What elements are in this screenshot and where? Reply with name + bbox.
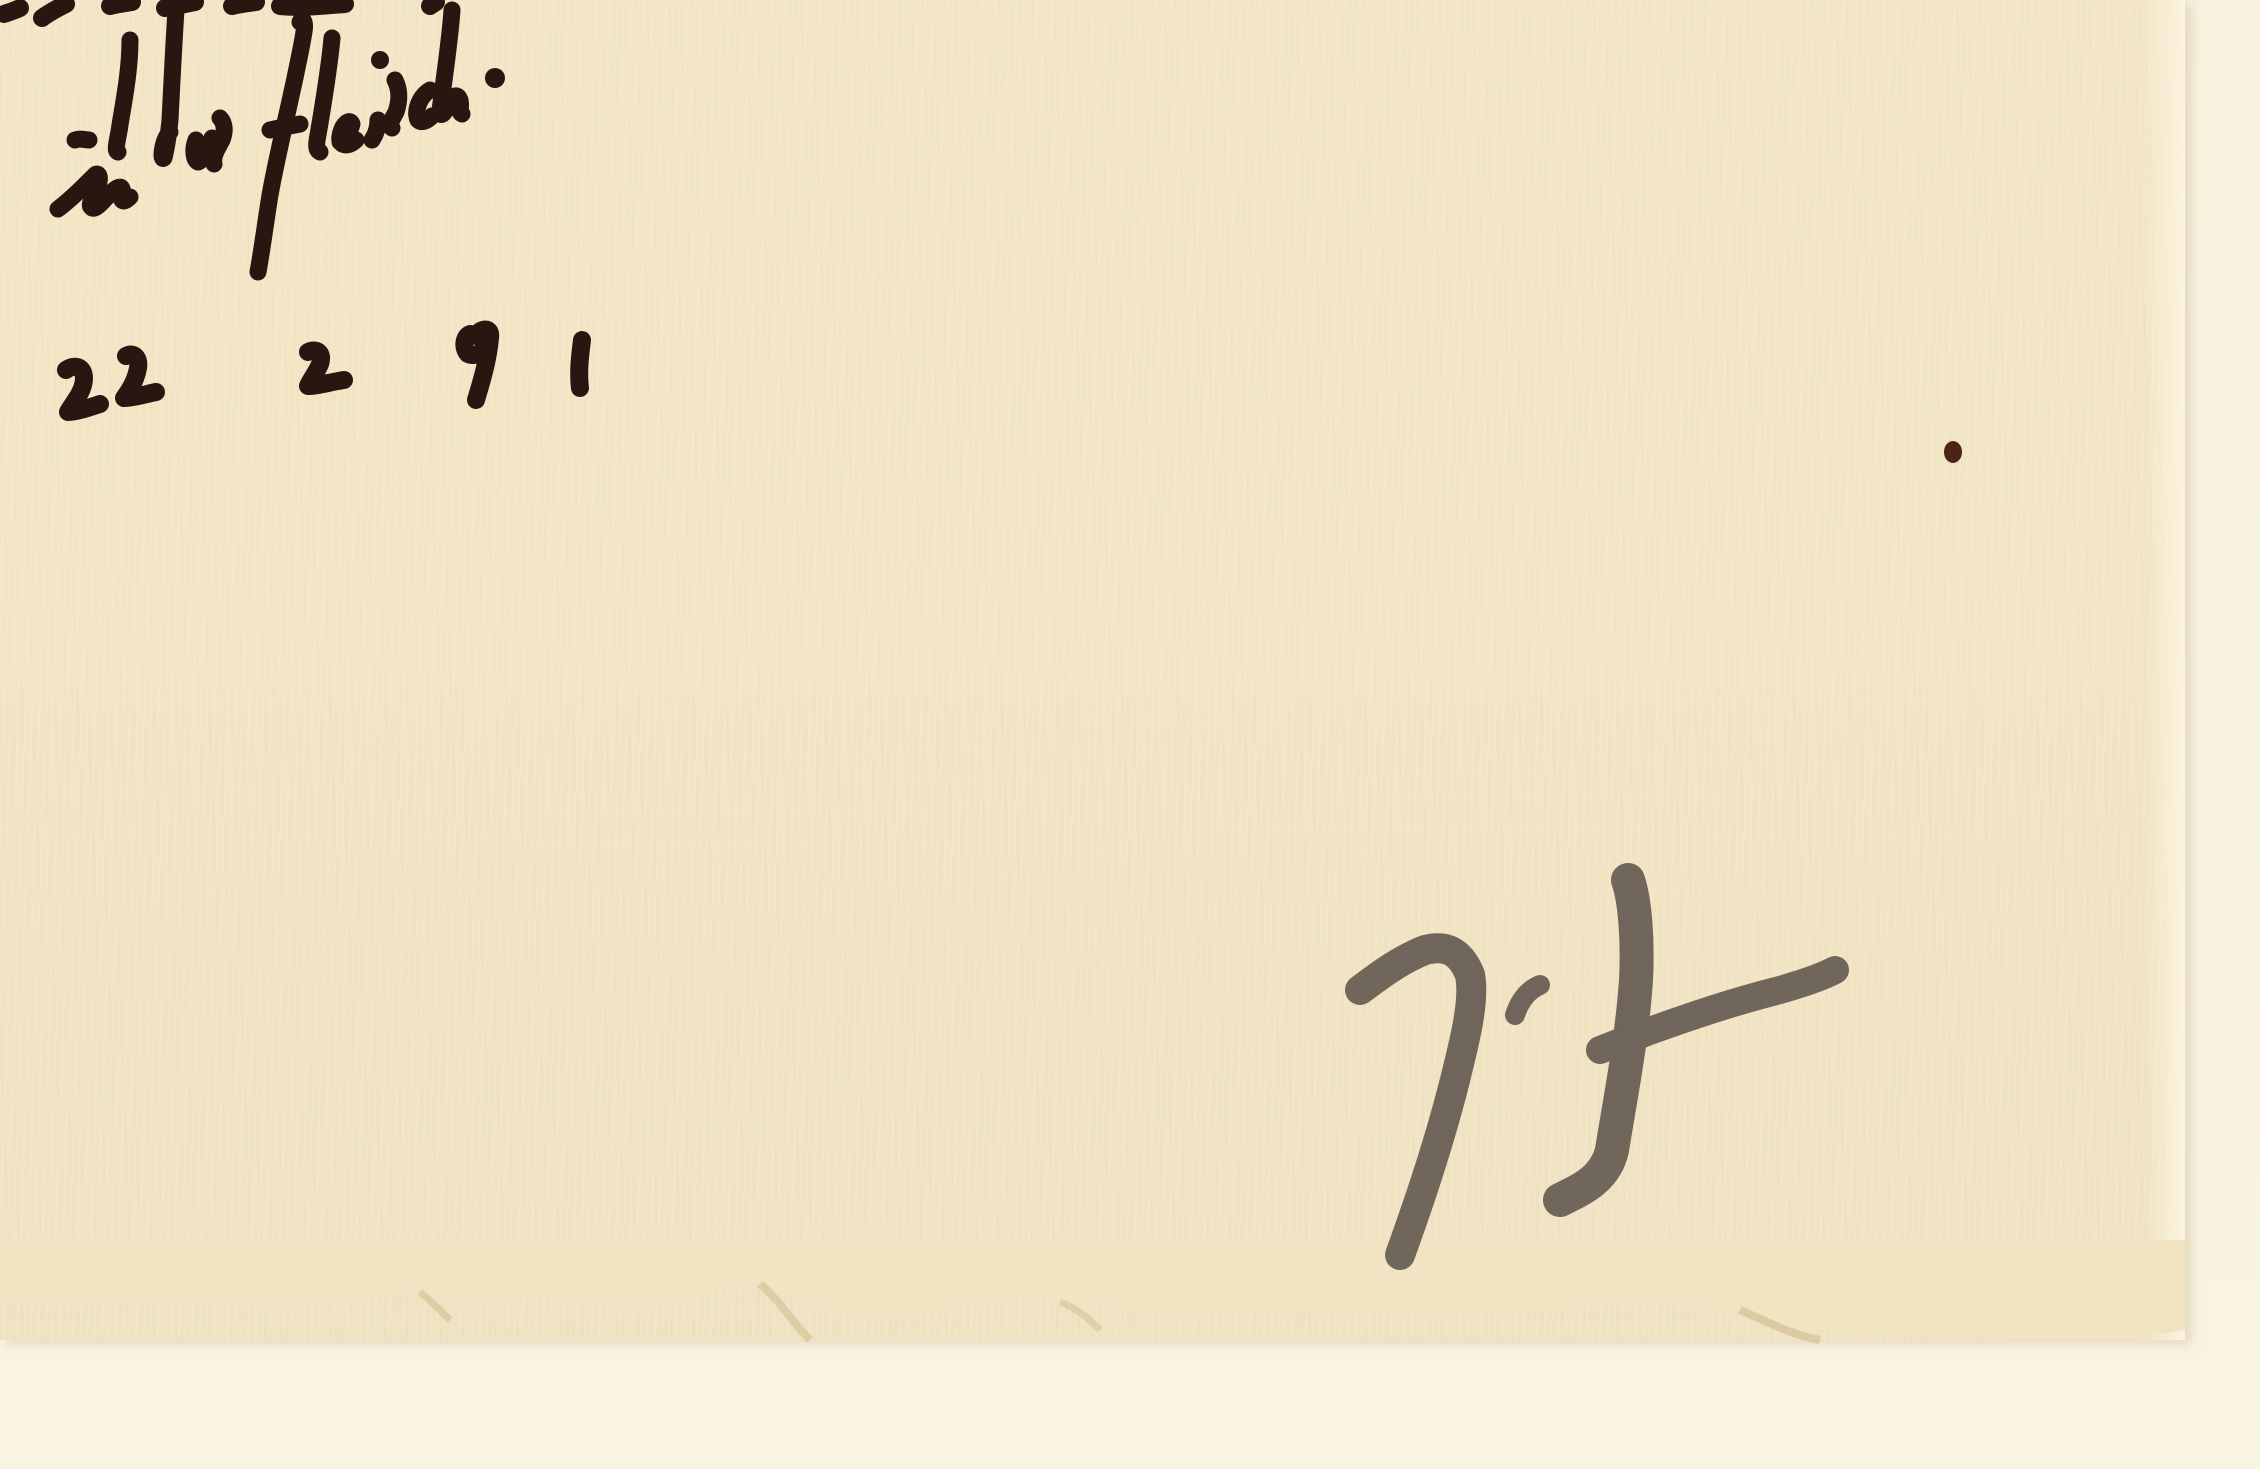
line-0-fragments xyxy=(4,2,436,18)
date-handwriting xyxy=(66,330,582,413)
graphite-signature xyxy=(1360,880,1835,1255)
handwriting-svg xyxy=(0,0,2260,1469)
ink-layer: ü l das fleisch. 22 2 91 graphite monogr… xyxy=(0,0,2260,1469)
stray-ink-speck xyxy=(1944,441,1962,463)
line-1-handwriting xyxy=(58,10,505,272)
